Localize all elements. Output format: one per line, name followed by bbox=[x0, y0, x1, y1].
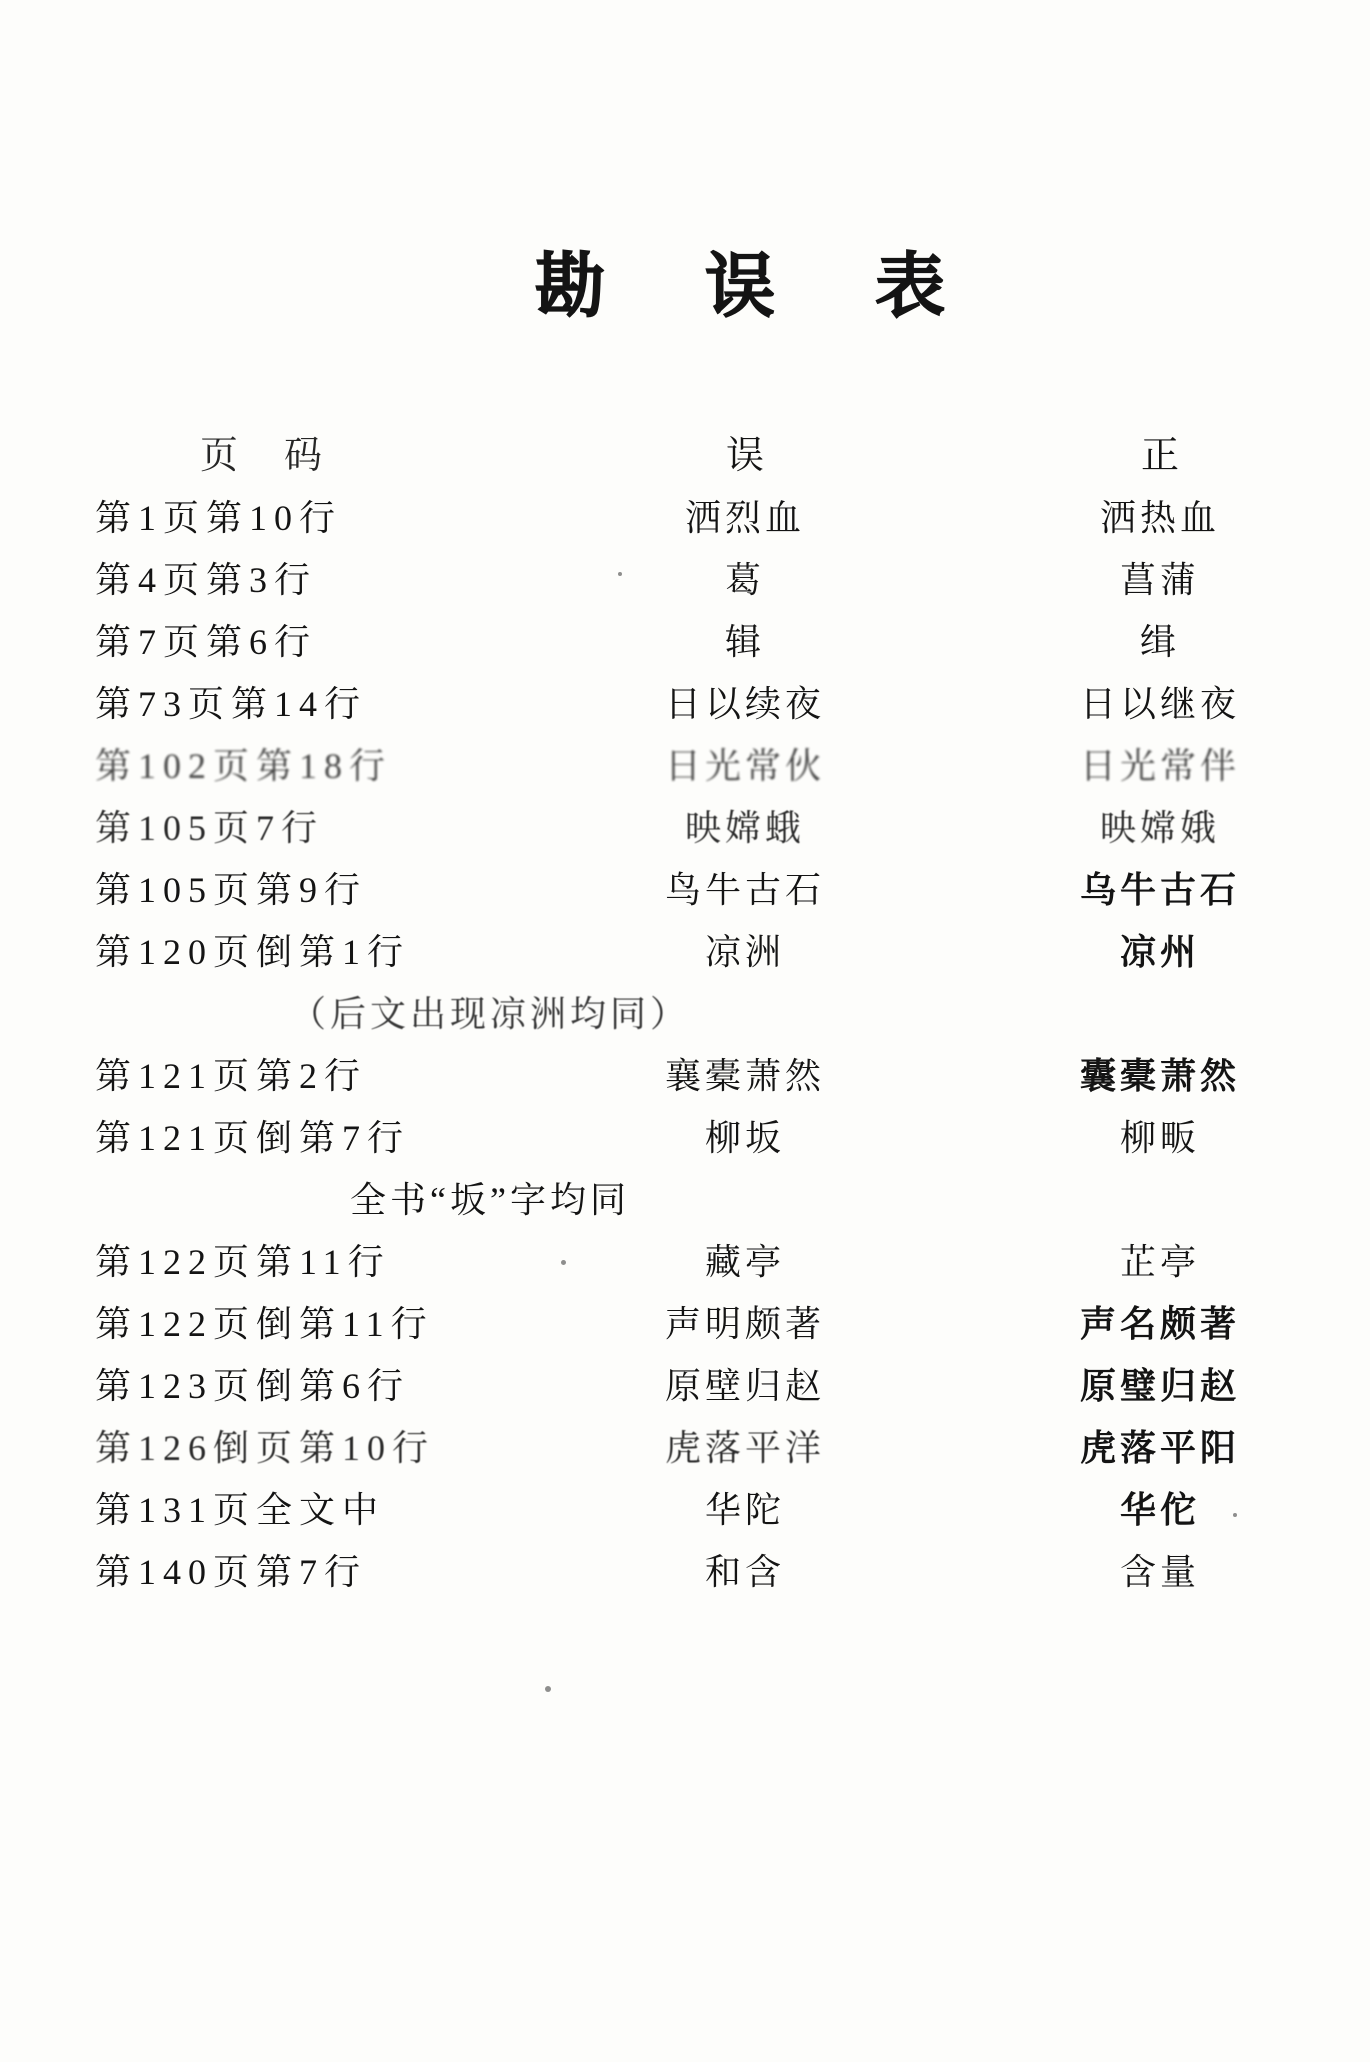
table-row: 第73页第14行 日以续夜 日以继夜 bbox=[0, 670, 1370, 732]
cell-correction: 虎落平阳 bbox=[965, 1420, 1355, 1471]
cell-correction: 洒热血 bbox=[965, 490, 1355, 541]
cell-correction: 囊橐萧然 bbox=[965, 1048, 1355, 1099]
cell-error: 华陀 bbox=[525, 1482, 965, 1533]
cell-error: 声明颇著 bbox=[525, 1296, 965, 1347]
note-row: 全书“坂”字均同 bbox=[0, 1166, 1370, 1228]
table-row: 第105页7行 映嫦蛾 映嫦娥 bbox=[0, 794, 1370, 856]
cell-correction: 映嫦娥 bbox=[965, 800, 1355, 851]
cell-error: 鸟牛古石 bbox=[525, 862, 965, 913]
errata-table: 页码 误 正 第1页第10行 洒烈血 洒热血 第4页第3行 葛 菖蒲 第7页第6… bbox=[0, 418, 1370, 1600]
cell-correction: 乌牛古石 bbox=[965, 862, 1355, 913]
table-row: 第4页第3行 葛 菖蒲 bbox=[0, 546, 1370, 608]
cell-correction: 凉州 bbox=[965, 924, 1355, 975]
cell-page: 第120页倒第1行 bbox=[95, 924, 525, 975]
cell-page: 第4页第3行 bbox=[95, 552, 525, 603]
table-row: 第120页倒第1行 凉洲 凉州 bbox=[0, 918, 1370, 980]
cell-correction: 日光常伴 bbox=[965, 738, 1355, 789]
cell-page: 第123页倒第6行 bbox=[95, 1358, 525, 1409]
scan-speck bbox=[1233, 1513, 1237, 1517]
header-correction-col: 正 bbox=[965, 424, 1355, 479]
cell-error: 日以续夜 bbox=[525, 676, 965, 727]
cell-page: 第131页全文中 bbox=[95, 1482, 525, 1533]
cell-correction: 缉 bbox=[965, 614, 1355, 665]
cell-page: 第73页第14行 bbox=[95, 676, 525, 727]
table-row: 第140页第7行 和含 含量 bbox=[0, 1538, 1370, 1600]
cell-error: 柳坂 bbox=[525, 1110, 965, 1161]
cell-page: 第140页第7行 bbox=[95, 1544, 525, 1595]
cell-page: 第122页倒第11行 bbox=[95, 1296, 525, 1347]
cell-page: 第102页第18行 bbox=[95, 738, 525, 789]
cell-error: 映嫦蛾 bbox=[525, 800, 965, 851]
cell-page: 第1页第10行 bbox=[95, 490, 525, 541]
table-row: 第121页倒第7行 柳坂 柳畈 bbox=[0, 1104, 1370, 1166]
table-row: 第121页第2行 襄橐萧然 囊橐萧然 bbox=[0, 1042, 1370, 1104]
header-page-col: 页码 bbox=[95, 424, 525, 479]
cell-error: 藏亭 bbox=[525, 1234, 965, 1285]
cell-correction: 华佗 bbox=[965, 1482, 1355, 1533]
note-text: （后文出现凉洲均同） bbox=[95, 986, 1290, 1037]
cell-page: 第121页第2行 bbox=[95, 1048, 525, 1099]
cell-page: 第105页第9行 bbox=[95, 862, 525, 913]
table-row: 第126倒页第10行 虎落平洋 虎落平阳 bbox=[0, 1414, 1370, 1476]
cell-page: 第122页第11行 bbox=[95, 1234, 525, 1285]
cell-error: 洒烈血 bbox=[525, 490, 965, 541]
table-row: 第105页第9行 鸟牛古石 乌牛古石 bbox=[0, 856, 1370, 918]
cell-correction: 声名颇著 bbox=[965, 1296, 1355, 1347]
errata-page: 勘误表 页码 误 正 第1页第10行 洒烈血 洒热血 第4页第3行 葛 菖蒲 第… bbox=[0, 0, 1370, 2062]
table-row: 第1页第10行 洒烈血 洒热血 bbox=[0, 484, 1370, 546]
cell-error: 日光常伙 bbox=[525, 738, 965, 789]
note-row: （后文出现凉洲均同） bbox=[0, 980, 1370, 1042]
cell-correction: 含量 bbox=[965, 1544, 1355, 1595]
cell-page: 第7页第6行 bbox=[95, 614, 525, 665]
scan-speck bbox=[545, 1686, 551, 1692]
table-row: 第122页倒第11行 声明颇著 声名颇著 bbox=[0, 1290, 1370, 1352]
scan-speck bbox=[618, 572, 622, 576]
cell-error: 和含 bbox=[525, 1544, 965, 1595]
page-title: 勘误表 bbox=[535, 248, 1045, 328]
cell-error: 凉洲 bbox=[525, 924, 965, 975]
cell-correction: 菖蒲 bbox=[965, 552, 1355, 603]
scan-speck bbox=[561, 1260, 566, 1265]
note-text: 全书“坂”字均同 bbox=[95, 1172, 1350, 1223]
cell-error: 虎落平洋 bbox=[525, 1420, 965, 1471]
cell-page: 第105页7行 bbox=[95, 800, 525, 851]
cell-page: 第126倒页第10行 bbox=[95, 1420, 525, 1471]
table-row: 第102页第18行 日光常伙 日光常伴 bbox=[0, 732, 1370, 794]
cell-correction: 柳畈 bbox=[965, 1110, 1355, 1161]
cell-correction: 原璧归赵 bbox=[965, 1358, 1355, 1409]
cell-correction: 芷亭 bbox=[965, 1234, 1355, 1285]
cell-error: 辑 bbox=[525, 614, 965, 665]
cell-error: 襄橐萧然 bbox=[525, 1048, 965, 1099]
table-row: 第7页第6行 辑 缉 bbox=[0, 608, 1370, 670]
cell-page: 第121页倒第7行 bbox=[95, 1110, 525, 1161]
table-header-row: 页码 误 正 bbox=[0, 418, 1370, 484]
cell-error: 原壁归赵 bbox=[525, 1358, 965, 1409]
cell-correction: 日以继夜 bbox=[965, 676, 1355, 727]
cell-error: 葛 bbox=[525, 552, 965, 603]
header-error-col: 误 bbox=[525, 424, 965, 479]
table-row: 第122页第11行 藏亭 芷亭 bbox=[0, 1228, 1370, 1290]
table-row: 第131页全文中 华陀 华佗 bbox=[0, 1476, 1370, 1538]
table-row: 第123页倒第6行 原壁归赵 原璧归赵 bbox=[0, 1352, 1370, 1414]
